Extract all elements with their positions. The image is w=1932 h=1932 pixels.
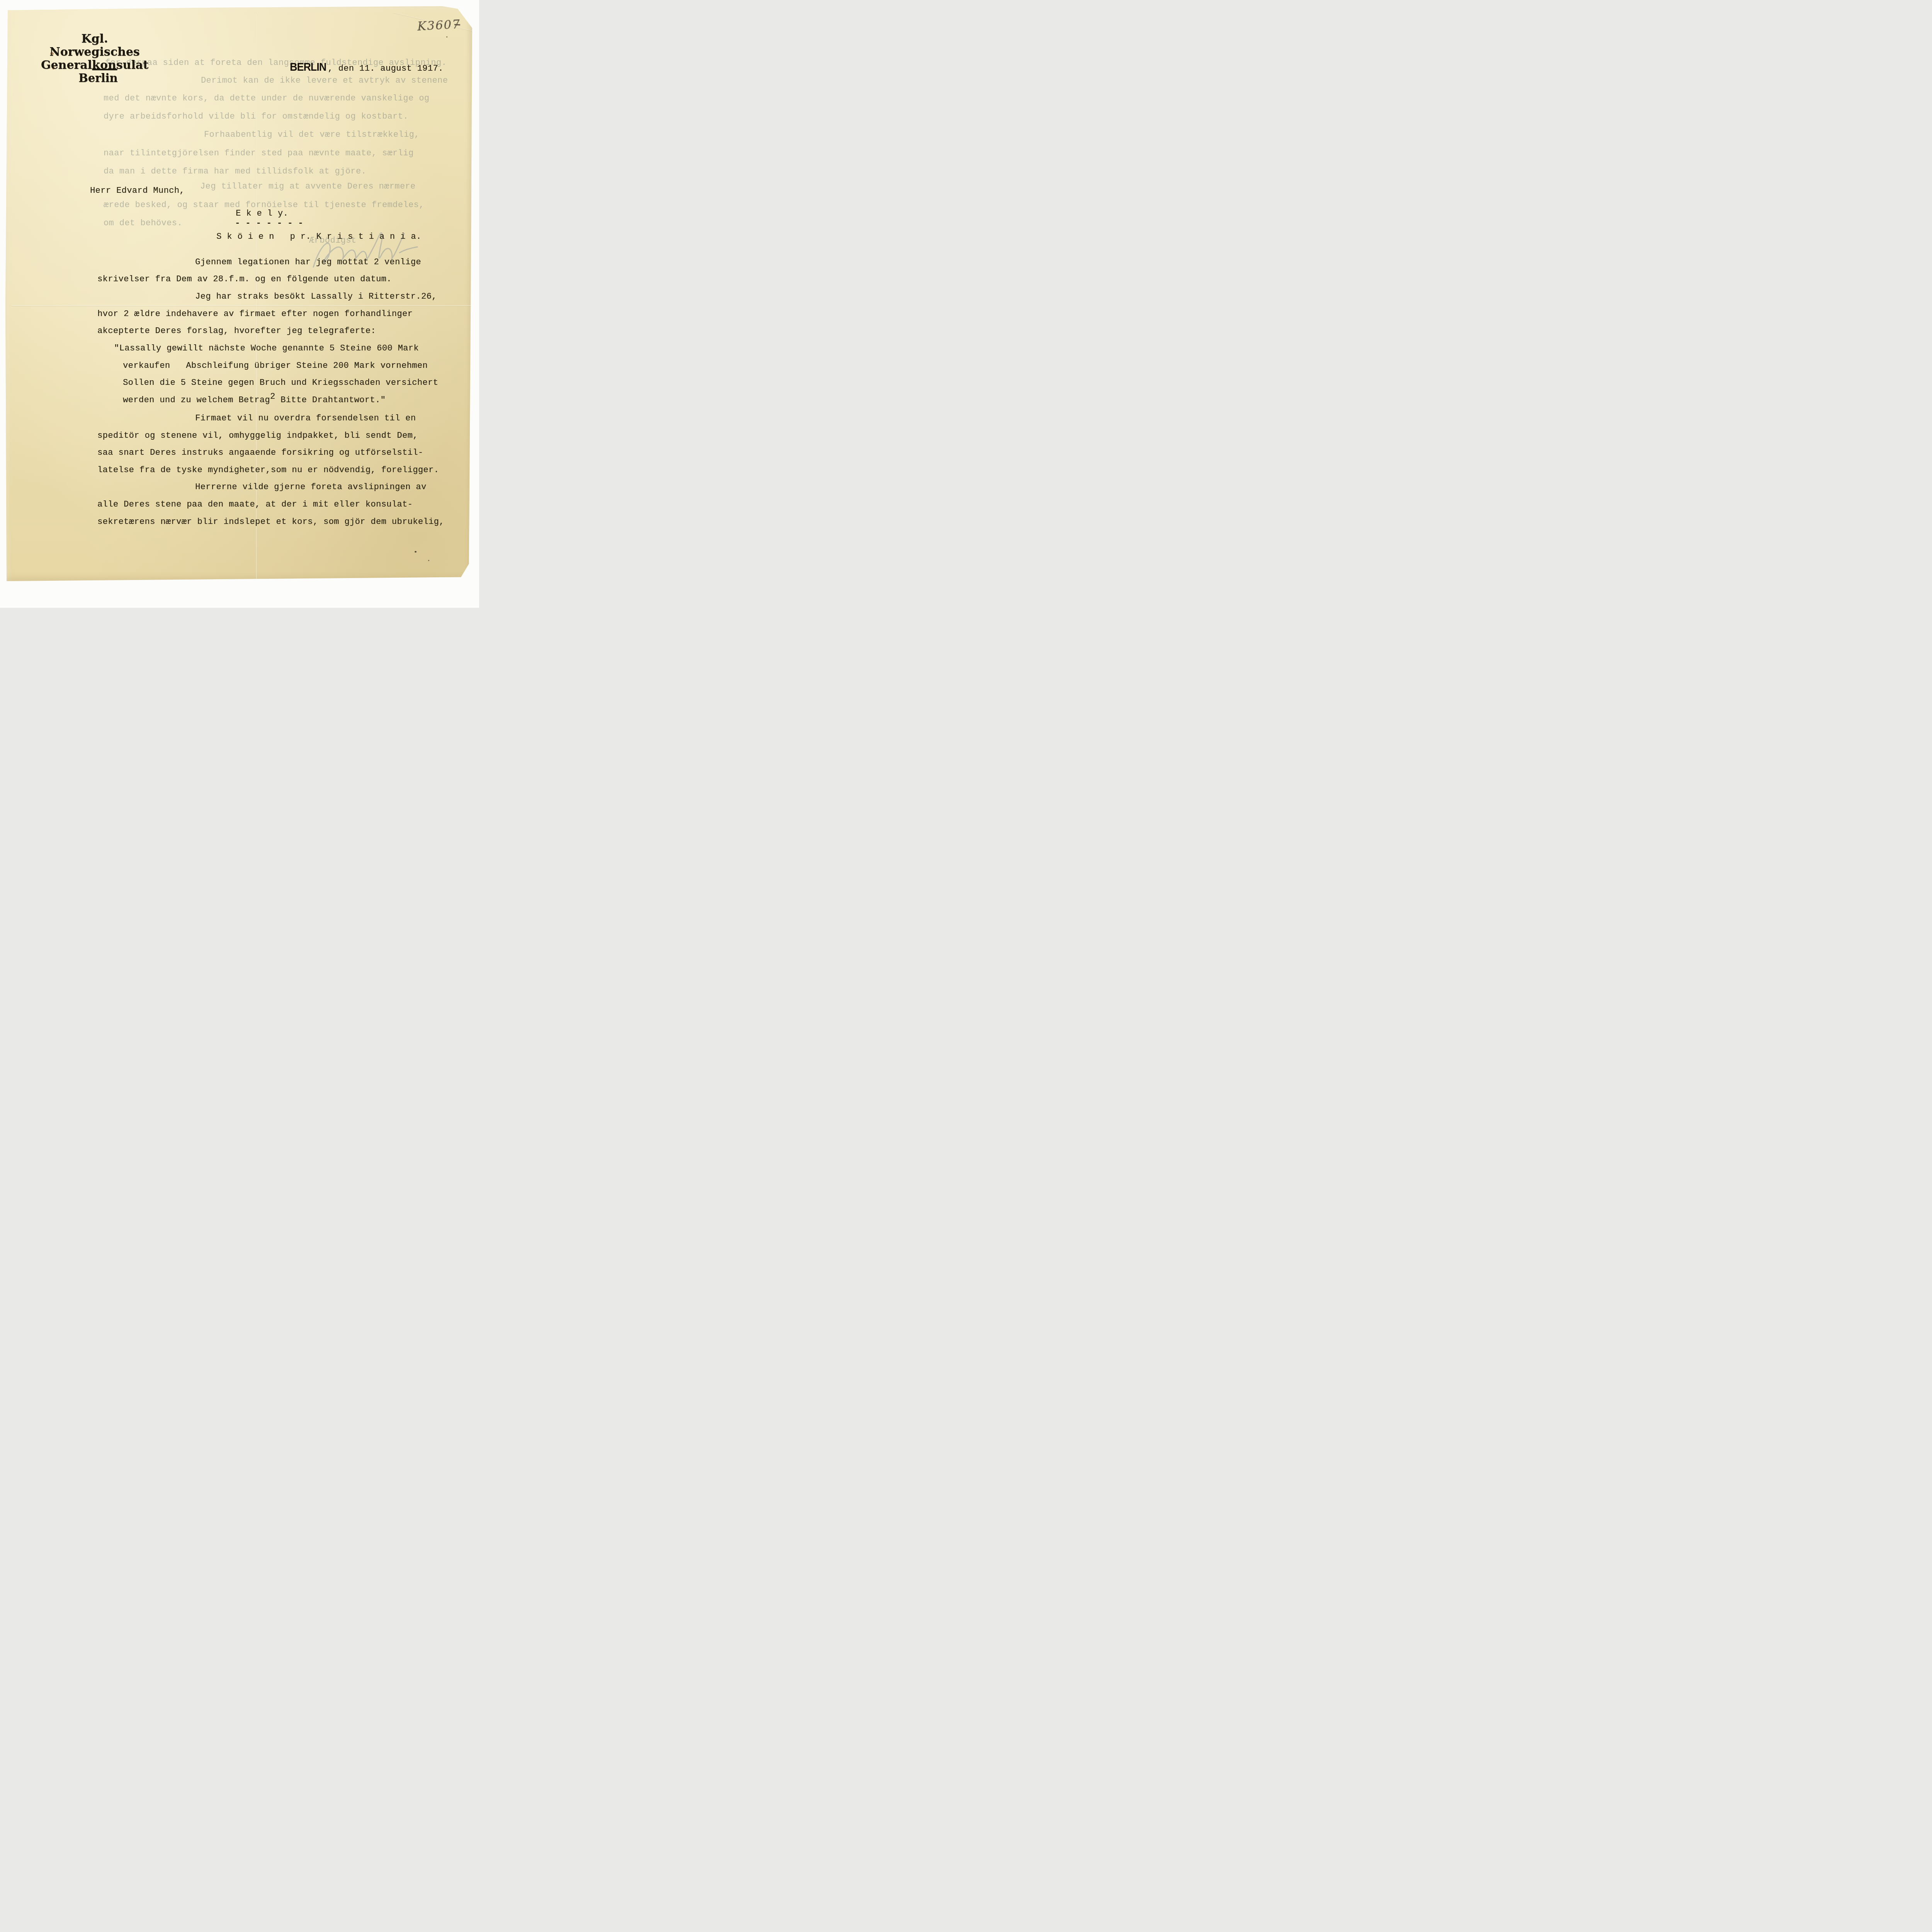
- body-line: skrivelser fra Dem av 28.f.m. og en fölg…: [97, 274, 392, 284]
- bleedthrough-line: naar tilintetgjörelsen finder sted paa n…: [104, 148, 414, 158]
- archive-number-text: K3607: [417, 17, 461, 34]
- bleedthrough-line: om det behöves.: [104, 218, 182, 228]
- horizontal-fold-crease: [12, 305, 477, 306]
- recipient-name: Herr Edvard Munch,: [90, 186, 185, 196]
- body-line: sekretærens nærvær blir indslepet et kor…: [97, 517, 444, 527]
- ink-speck: [446, 36, 447, 37]
- body-line: akcepterte Deres forslag, hvorefter jeg …: [97, 326, 376, 336]
- body-line-post: Bitte Drahtantwort.": [275, 395, 386, 405]
- bleedthrough-line: da man i dette firma har med tillidsfolk…: [104, 167, 366, 177]
- bleedthrough-line: dyre arbeidsforhold vilde bli for omstæn…: [104, 112, 408, 122]
- body-line: Herrerne vilde gjerne foreta avslipninge…: [195, 482, 427, 492]
- letterhead-underline: [92, 69, 117, 70]
- ink-speck: [428, 560, 429, 561]
- body-line: verkaufen Abschleifung übriger Steine 20…: [123, 361, 428, 371]
- typed-date: , den 11. august 1917.: [328, 64, 443, 73]
- letterhead-line-1: Kgl. Norwegisches: [39, 32, 151, 59]
- body-line: Gjennem legationen har jeg mottat 2 venl…: [195, 257, 421, 267]
- recipient-separator: - - - - - - -: [235, 218, 303, 228]
- dateline: BERLIN, den 11. august 1917.: [290, 61, 443, 73]
- body-line: speditör og stenene vil, omhyggelig indp…: [97, 431, 418, 441]
- bleedthrough-line: Jeg tillater mig at avvente Deres nærmer…: [200, 182, 416, 192]
- body-line: "Lassally gewillt nächste Woche genannte…: [114, 344, 419, 354]
- bleedthrough-line: Derimot kan de ikke levere et avtryk av …: [201, 76, 448, 86]
- letter-scan: for derpaa siden at foreta den langsomme…: [0, 0, 479, 608]
- body-line: Firmaet vil nu overdra forsendelsen til …: [195, 413, 416, 423]
- printed-place-berlin: BERLIN: [290, 61, 326, 73]
- archive-number-pencil: K3607: [417, 17, 461, 34]
- recipient-place: E k e l y.: [236, 209, 288, 219]
- body-line: latelse fra de tyske myndigheter,som nu …: [97, 465, 439, 475]
- body-line: werden und zu welchem Betrag2 Bitte Drah…: [123, 395, 386, 405]
- ink-speck: [415, 551, 417, 553]
- body-line: alle Deres stene paa den maate, at der i…: [97, 500, 413, 510]
- recipient-city: S k ö i e n p r. K r i s t i a n i a.: [216, 232, 421, 242]
- body-line: saa snart Deres instruks angaaende forsi…: [97, 448, 423, 458]
- body-line: hvor 2 ældre indehavere av firmaet efter…: [97, 309, 413, 319]
- bleedthrough-line: med det nævnte kors, da dette under de n…: [104, 94, 429, 104]
- body-line: Sollen die 5 Steine gegen Bruch und Krie…: [123, 378, 438, 388]
- body-line-superscript: 2: [270, 392, 276, 401]
- body-line-pre: werden und zu welchem Betrag: [123, 395, 270, 405]
- body-line: Jeg har straks besökt Lassally i Ritters…: [195, 292, 437, 302]
- letterhead-line-3: Berlin: [39, 72, 151, 84]
- bleedthrough-line: Forhaabentlig vil det være tilstrækkelig…: [204, 130, 420, 140]
- letterhead: Kgl. Norwegisches Generalkonsulat Berlin…: [39, 32, 151, 84]
